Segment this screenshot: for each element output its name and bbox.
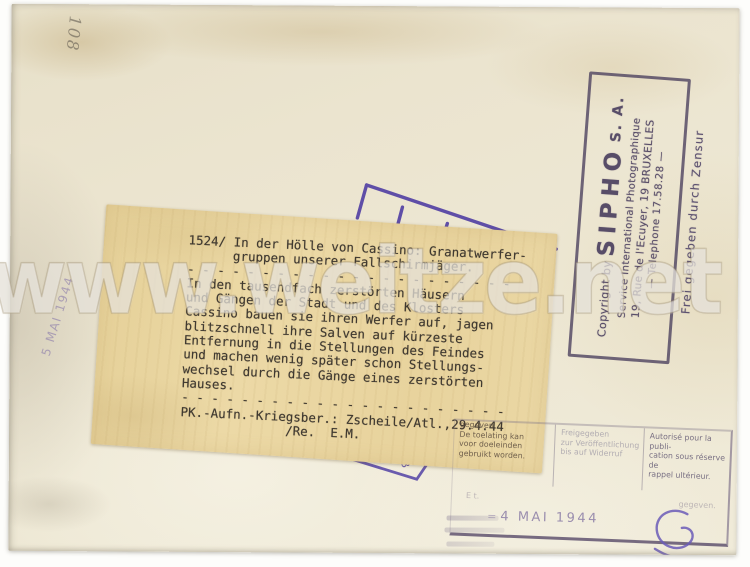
censor-columns: gegeven.De toelating kanvoor doeleindeng… — [453, 421, 731, 494]
faded-mark — [447, 515, 499, 520]
text-line: rappel ultérieur. — [648, 469, 725, 482]
sipho-stamp-text: Copyright by SIPHO S. A. Service Interna… — [571, 75, 688, 361]
left-date-stamp: 5 MAI 1944 — [33, 257, 82, 376]
faded-mark — [448, 554, 512, 555]
faded-mark — [444, 527, 504, 532]
censor-column-german: Freigegebenzur Veröffentlichungbis auf W… — [553, 425, 644, 491]
faded-mark — [446, 541, 494, 546]
photo-back-paper: 8 8 108 5 MAI 1944 1524/ In der Hölle vo… — [8, 4, 739, 555]
scanned-photo-back: 8 8 108 5 MAI 1944 1524/ In der Hölle vo… — [0, 0, 750, 567]
censor-date-value: 4 MAI 1944 — [500, 509, 599, 526]
censor-date-stamp: =4 MAI 1944 — [487, 509, 599, 527]
copyright-prefix: Copyright by — [595, 260, 614, 338]
handwritten-archive-number: 108 — [62, 15, 85, 61]
faint-fragment-left: E t. — [466, 491, 480, 501]
censor-column-french: Autorisé pour la publi-cation sous réser… — [642, 428, 731, 494]
sipho-company-suffix: S. A. — [608, 95, 627, 143]
handwritten-signature — [634, 500, 716, 555]
censor-column-dutch: gegeven.De toelating kanvoor doeleindeng… — [453, 417, 556, 487]
sipho-copyright-stamp: Copyright by SIPHO S. A. Service Interna… — [568, 71, 691, 364]
